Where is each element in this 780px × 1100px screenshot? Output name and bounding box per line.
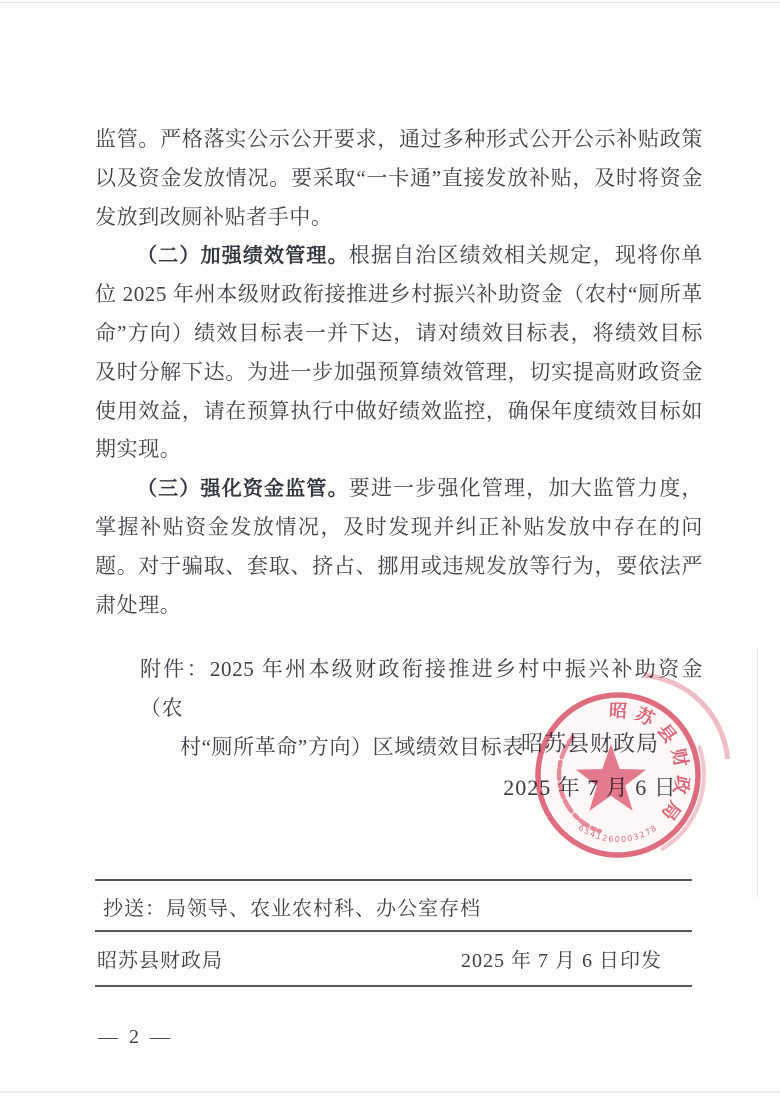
document-body: 监管。严格落实公示公开要求，通过多种形式公开公示补贴政策以及资金发放情况。要采取… <box>95 120 703 767</box>
cc-line: 抄送：局领导、农业农村科、办公室存档 <box>95 881 692 930</box>
document-footer: 抄送：局领导、农业农村科、办公室存档 昭苏县财政局 2025 年 7 月 6 日… <box>95 879 692 987</box>
issuer-name: 昭苏县财政局 <box>97 944 223 973</box>
paragraph-text: 监管。严格落实公示公开要求，通过多种形式公开公示补贴政策以及资金发放情况。要采取… <box>95 127 703 229</box>
signing-org-name: 昭苏县财政局 <box>478 727 702 758</box>
signature-block: 昭苏县财政局 2025 年 7 月 6 日 <box>478 727 702 802</box>
footer-divider <box>95 985 692 987</box>
seal-serial-number: 6541260003278 <box>577 823 660 844</box>
scan-edge-artifact <box>0 2 780 3</box>
page-number: — 2 — <box>98 1026 173 1049</box>
document-page: 监管。严格落实公示公开要求，通过多种形式公开公示补贴政策以及资金发放情况。要采取… <box>0 0 780 1100</box>
issue-line: 昭苏县财政局 2025 年 7 月 6 日印发 <box>95 932 692 985</box>
scan-line-artifact <box>757 648 758 898</box>
paragraph-heading: （三）强化资金监管。 <box>137 476 349 500</box>
paragraph: （二）加强绩效管理。根据自治区绩效相关规定，现将你单位 2025 年州本级财政衔… <box>95 236 703 469</box>
attachment-line: 附件：2025 年州本级财政衔接推进乡村中振兴补助资金（农 <box>140 650 703 728</box>
print-date: 2025 年 7 月 6 日印发 <box>461 944 662 973</box>
paragraph-heading: （二）加强绩效管理。 <box>137 243 349 267</box>
paragraph: 监管。严格落实公示公开要求，通过多种形式公开公示补贴政策以及资金发放情况。要采取… <box>95 120 703 236</box>
scan-edge-artifact <box>0 1091 780 1093</box>
signing-date: 2025 年 7 月 6 日 <box>478 771 702 802</box>
paragraph-text: 根据自治区绩效相关规定，现将你单位 2025 年州本级财政衔接推进乡村振兴补助资… <box>95 243 703 461</box>
paragraph: （三）强化资金监管。要进一步强化管理，加大监管力度，掌握补贴资金发放情况，及时发… <box>95 469 703 624</box>
